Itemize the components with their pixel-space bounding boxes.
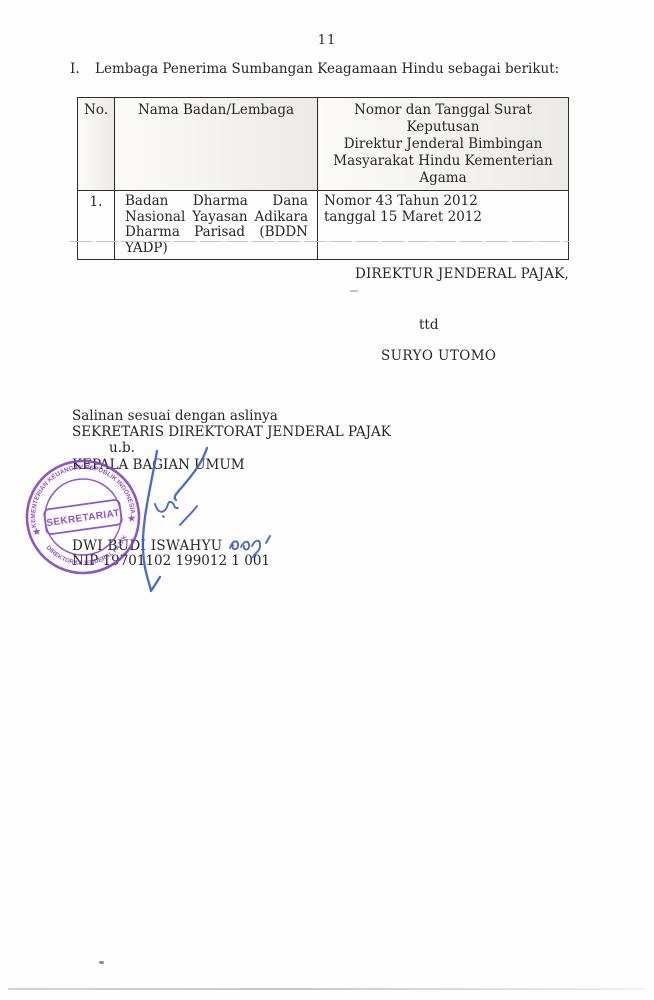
section-heading: I. Lembaga Penerima Sumbangan Keagamaan …	[70, 61, 590, 77]
table-header-row: No. Nama Badan/Lembaga Nomor dan Tanggal…	[78, 98, 569, 191]
copy-line-2: SEKRETARIS DIREKTORAT JENDERAL PAJAK	[72, 424, 391, 440]
signature-w-scribble	[155, 502, 178, 512]
section-label: I.	[70, 61, 84, 77]
scan-mark	[350, 290, 358, 292]
signature-slash	[180, 506, 197, 525]
signatory-title: DIREKTUR JENDERAL PAJAK,	[355, 266, 569, 282]
scan-speck	[99, 961, 104, 964]
recipients-table: No. Nama Badan/Lembaga Nomor dan Tanggal…	[77, 97, 569, 260]
signature-dot	[163, 516, 164, 517]
cell-decree: Nomor 43 Tahun 2012 tanggal 15 Maret 201…	[318, 191, 569, 260]
header-name: Nama Badan/Lembaga	[115, 98, 318, 191]
dashed-divider	[70, 241, 570, 242]
signature-apostrophe	[266, 536, 270, 543]
document-page: 11 I. Lembaga Penerima Sumbangan Keagama…	[0, 0, 654, 1000]
table-row: 1. Badan Dharma Dana Nasional Yayasan Ad…	[78, 191, 569, 260]
cell-no: 1.	[78, 191, 115, 260]
stamp-star-right-icon: ★	[127, 513, 137, 524]
copy-line-1: Salinan sesuai dengan aslinya	[72, 408, 391, 424]
stamp-star-left-icon: ★	[32, 526, 42, 537]
page-edge-scan-line	[8, 988, 646, 990]
header-decree: Nomor dan Tanggal Surat Keputusan Direkt…	[318, 98, 569, 191]
page-number: 11	[0, 33, 654, 48]
section-title: Lembaga Penerima Sumbangan Keagamaan Hin…	[95, 61, 559, 77]
signatory-name: SURYO UTOMO	[381, 348, 496, 364]
cell-name: Badan Dharma Dana Nasional Yayasan Adika…	[115, 191, 318, 260]
ttd-label: ttd	[419, 317, 439, 333]
header-no: No.	[78, 98, 115, 191]
official-stamp: KEMENTERIAN KEUANGAN REPUBLIK INDONESIA …	[13, 447, 153, 587]
